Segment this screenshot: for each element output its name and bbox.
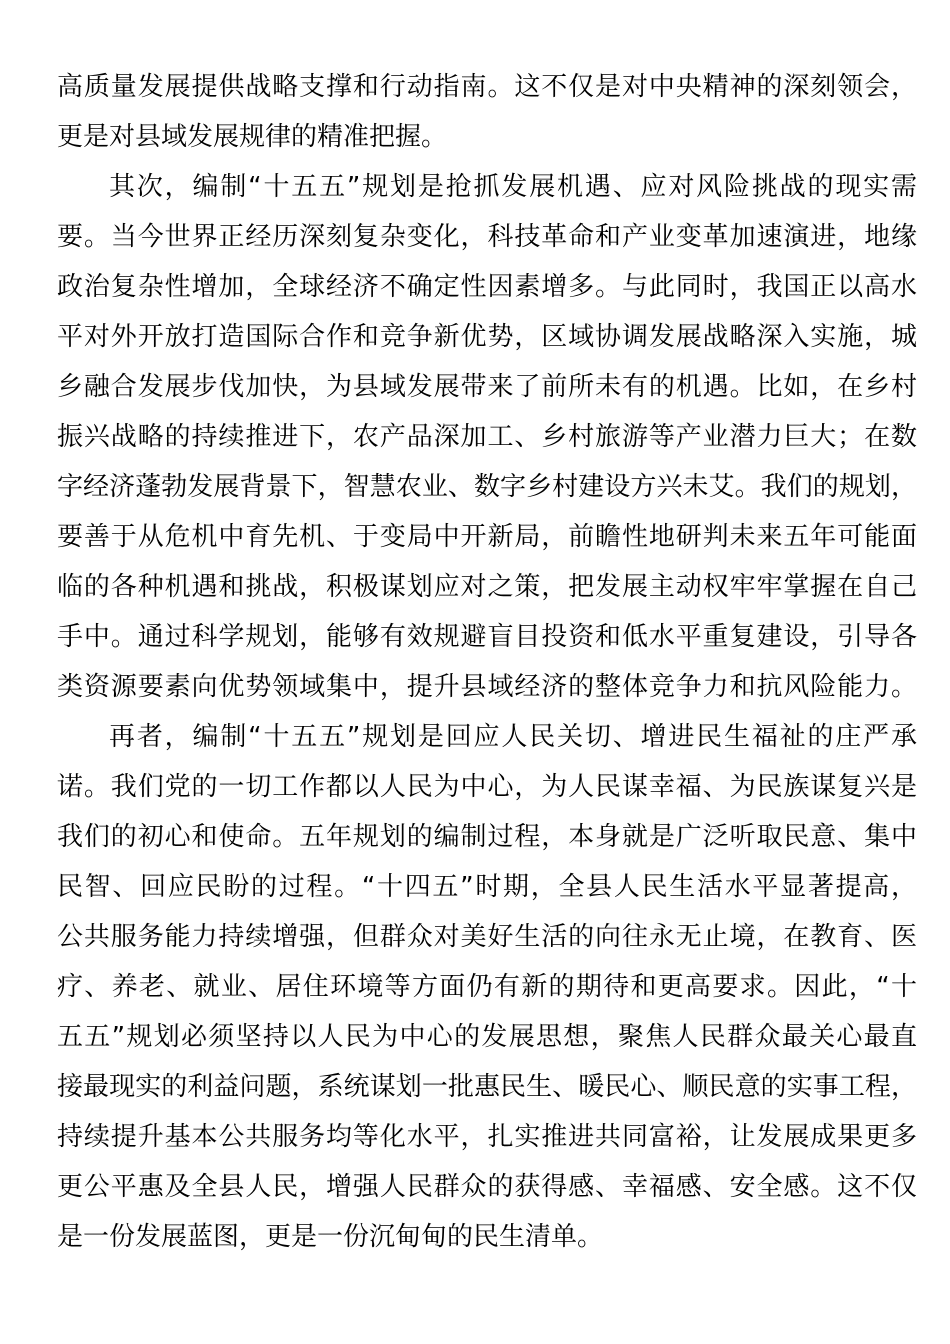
paragraph: 再者，编制“十五五”规划是回应人民关切、增进民生福祉的庄严承诺。我们党的一切工作…	[57, 712, 917, 1262]
text-line: 临的各种机遇和挑战，积极谋划应对之策，把发展主动权牢牢掌握在自己	[57, 562, 917, 612]
text-line: 要。当今世界正经历深刻复杂变化，科技革命和产业变革加速演进，地缘	[57, 212, 917, 262]
text-line: 更公平惠及全县人民，增强人民群众的获得感、幸福感、安全感。这不仅	[57, 1162, 917, 1212]
text-line: 民智、回应民盼的过程。“十四五”时期，全县人民生活水平显著提高，	[57, 862, 917, 912]
paragraph: 高质量发展提供战略支撑和行动指南。这不仅是对中央精神的深刻领会，更是对县域发展规…	[57, 62, 917, 162]
text-line: 手中。通过科学规划，能够有效规避盲目投资和低水平重复建设，引导各	[57, 612, 917, 662]
text-line: 高质量发展提供战略支撑和行动指南。这不仅是对中央精神的深刻领会，	[57, 62, 917, 112]
text-line: 疗、养老、就业、居住环境等方面仍有新的期待和更高要求。因此，“十	[57, 962, 917, 1012]
text-line: 平对外开放打造国际合作和竞争新优势，区域协调发展战略深入实施，城	[57, 312, 917, 362]
document-body: 高质量发展提供战略支撑和行动指南。这不仅是对中央精神的深刻领会，更是对县域发展规…	[57, 62, 917, 1262]
text-line: 类资源要素向优势领域集中，提升县域经济的整体竞争力和抗风险能力。	[57, 662, 917, 712]
text-line: 政治复杂性增加，全球经济不确定性因素增多。与此同时，我国正以高水	[57, 262, 917, 312]
text-line: 更是对县域发展规律的精准把握。	[57, 112, 917, 162]
text-line: 持续提升基本公共服务均等化水平，扎实推进共同富裕，让发展成果更多	[57, 1112, 917, 1162]
text-line: 公共服务能力持续增强，但群众对美好生活的向往永无止境，在教育、医	[57, 912, 917, 962]
paragraph: 其次，编制“十五五”规划是抢抓发展机遇、应对风险挑战的现实需要。当今世界正经历深…	[57, 162, 917, 712]
text-line: 我们的初心和使命。五年规划的编制过程，本身就是广泛听取民意、集中	[57, 812, 917, 862]
text-line: 五五”规划必须坚持以人民为中心的发展思想，聚焦人民群众最关心最直	[57, 1012, 917, 1062]
text-line: 乡融合发展步伐加快，为县域发展带来了前所未有的机遇。比如，在乡村	[57, 362, 917, 412]
text-line: 振兴战略的持续推进下，农产品深加工、乡村旅游等产业潜力巨大；在数	[57, 412, 917, 462]
document-page: 高质量发展提供战略支撑和行动指南。这不仅是对中央精神的深刻领会，更是对县域发展规…	[0, 0, 950, 1344]
text-line: 要善于从危机中育先机、于变局中开新局，前瞻性地研判未来五年可能面	[57, 512, 917, 562]
text-line: 其次，编制“十五五”规划是抢抓发展机遇、应对风险挑战的现实需	[57, 162, 917, 212]
text-line: 字经济蓬勃发展背景下，智慧农业、数字乡村建设方兴未艾。我们的规划，	[57, 462, 917, 512]
text-line: 再者，编制“十五五”规划是回应人民关切、增进民生福祉的庄严承	[57, 712, 917, 762]
text-line: 接最现实的利益问题，系统谋划一批惠民生、暖民心、顺民意的实事工程，	[57, 1062, 917, 1112]
text-line: 是一份发展蓝图，更是一份沉甸甸的民生清单。	[57, 1212, 917, 1262]
text-line: 诺。我们党的一切工作都以人民为中心，为人民谋幸福、为民族谋复兴是	[57, 762, 917, 812]
